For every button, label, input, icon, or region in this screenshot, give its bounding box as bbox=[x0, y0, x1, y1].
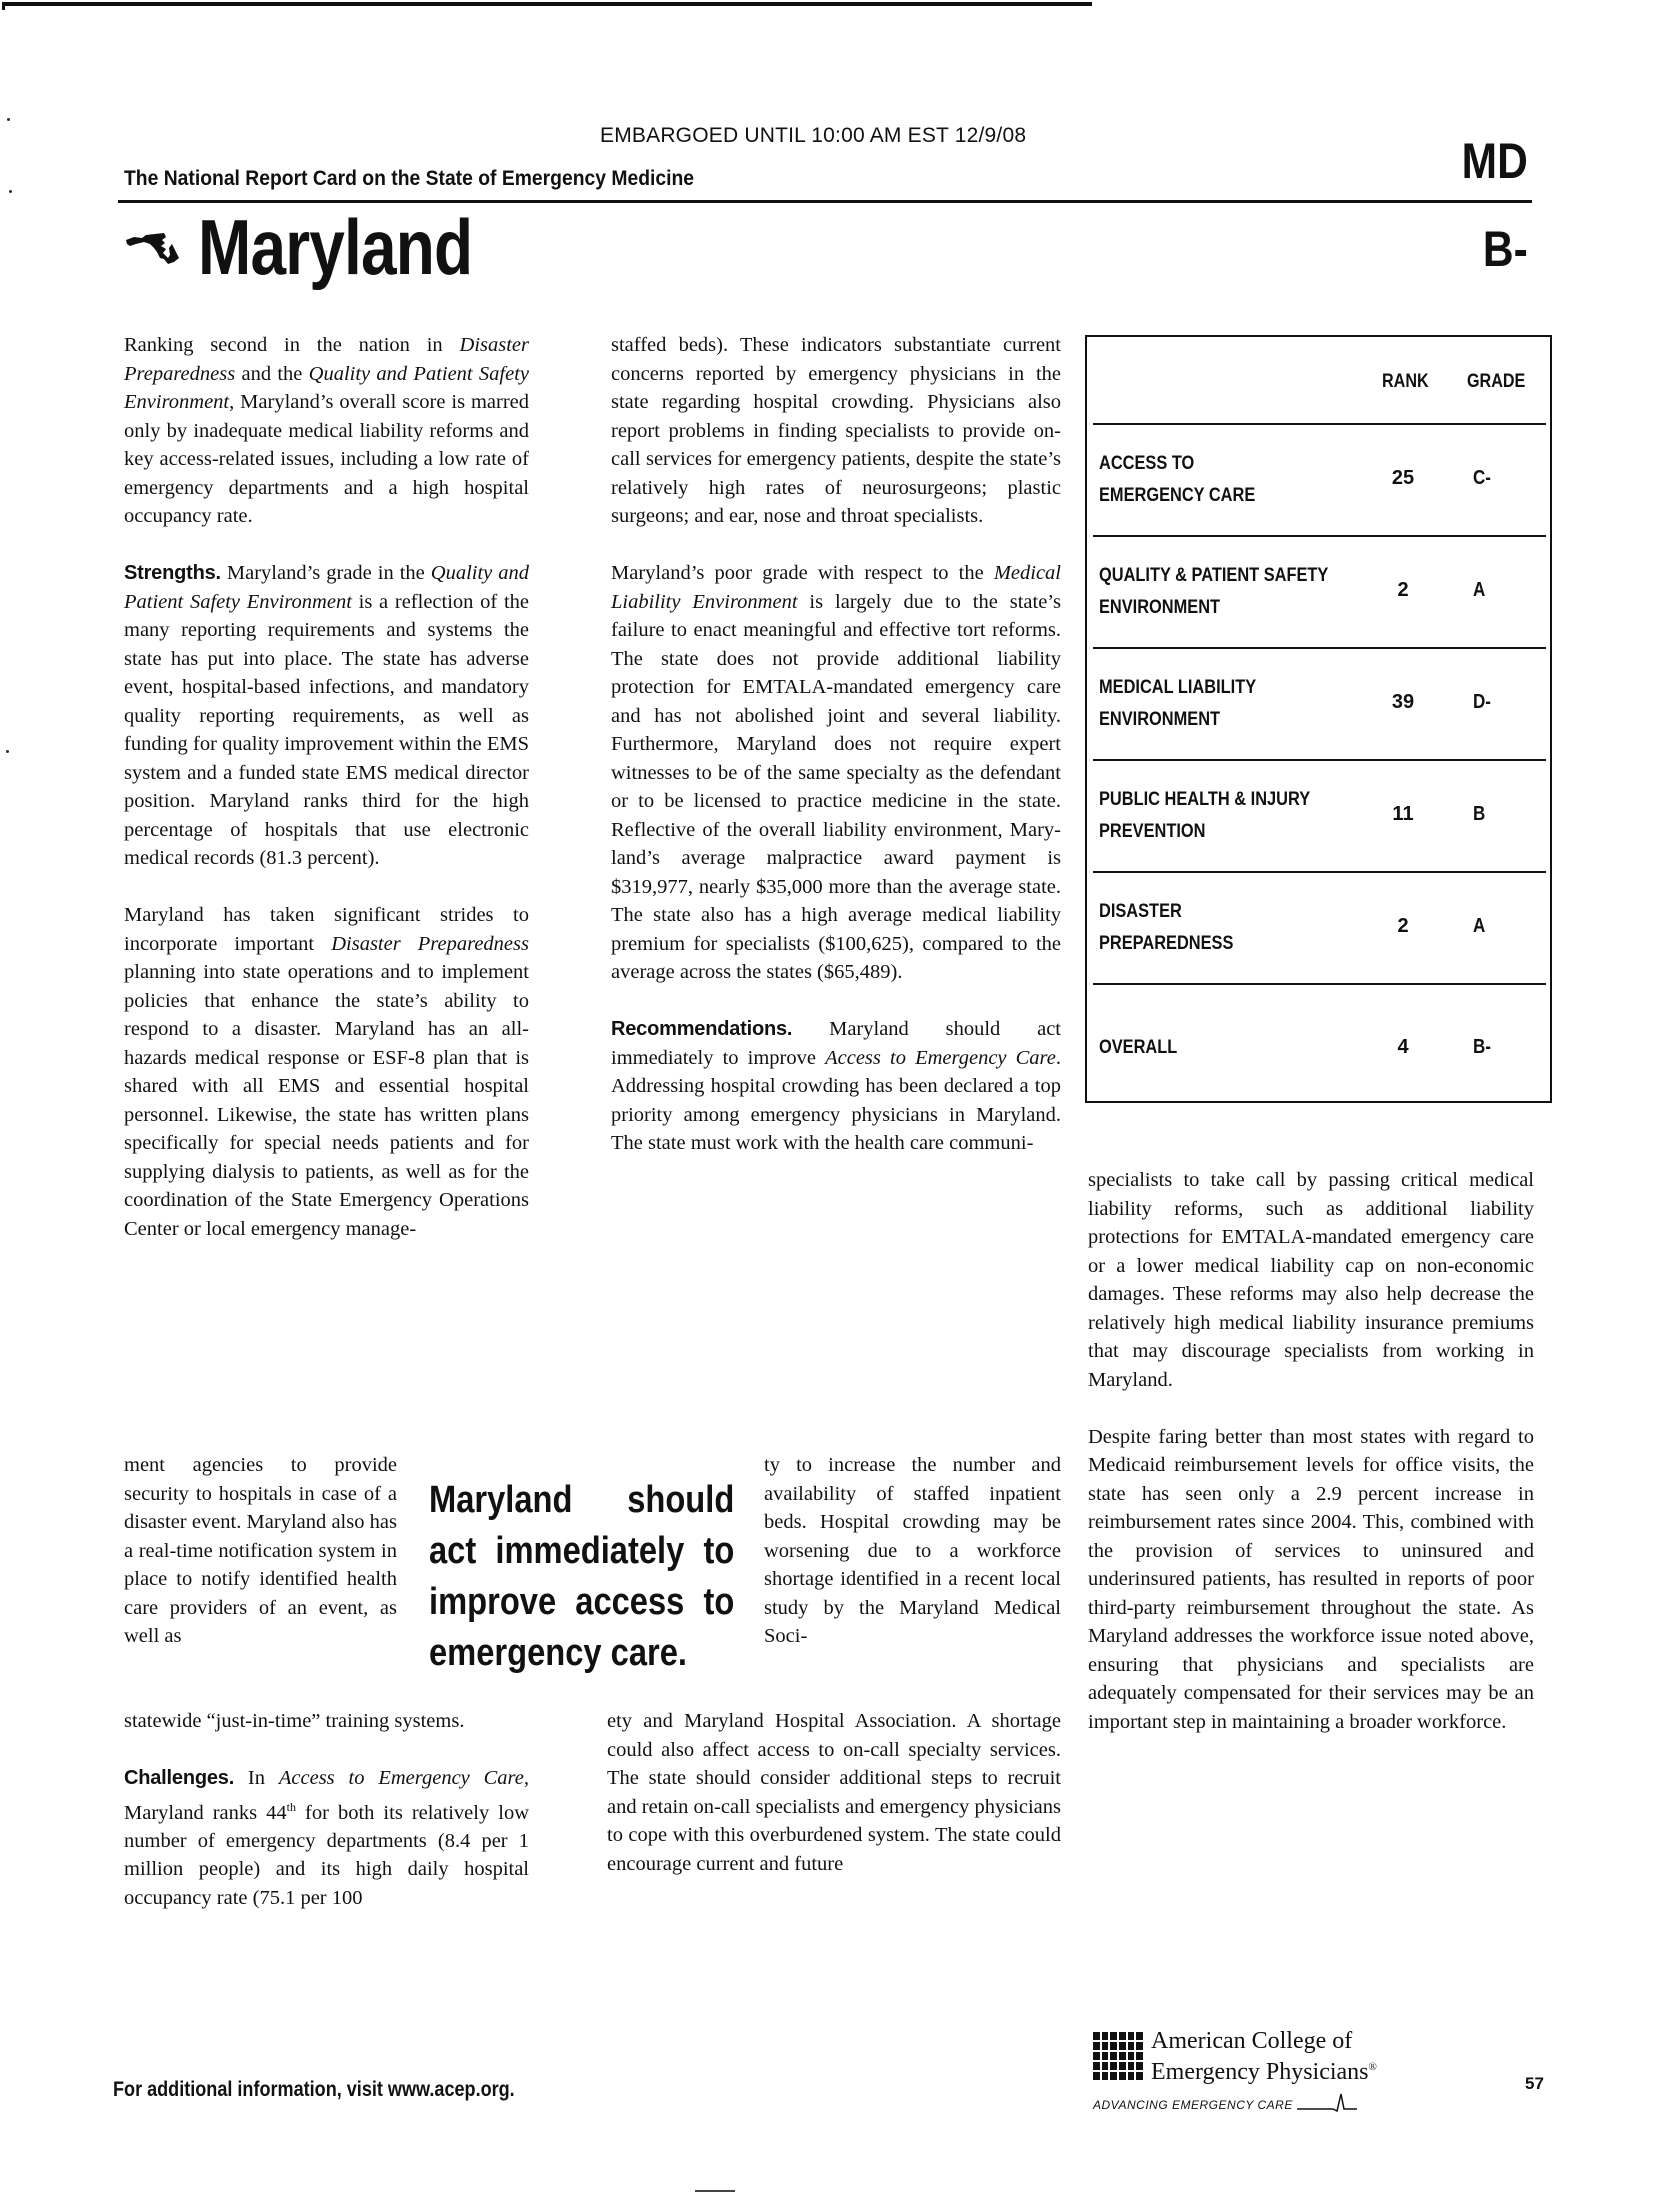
grade-column-header: GRADE bbox=[1467, 371, 1525, 393]
category-label: OVERALL bbox=[1099, 1031, 1351, 1063]
scan-edge-mark bbox=[695, 2190, 735, 2192]
maryland-outline-icon bbox=[124, 228, 188, 266]
recommendations-continued: ty to increase the number and availabili… bbox=[764, 1451, 1061, 1651]
recommendations-heading: Recommendations. bbox=[611, 1018, 792, 1040]
access-paragraph: staffed beds). These indicators substant… bbox=[611, 331, 1061, 531]
overall-grade-badge: B- bbox=[1483, 224, 1528, 274]
column-2-lower: ety and Maryland Hospital Association. A… bbox=[607, 1707, 1061, 1907]
grade-row-public-health: PUBLIC HEALTH & INJURYPREVENTION 11 B bbox=[1093, 759, 1546, 871]
scan-edge-mark bbox=[2, 2, 5, 10]
grade-value: B bbox=[1473, 803, 1507, 826]
challenges-paragraph: Challenges. In Access to Emergency Care,… bbox=[124, 1764, 529, 1912]
column-3: specialists to take call by passing crit… bbox=[1088, 1166, 1534, 1765]
series-title: The National Report Card on the State of… bbox=[124, 167, 694, 191]
column-1: Ranking second in the nation in Disaster… bbox=[124, 331, 529, 1243]
acep-tagline: ADVANCING EMERGENCY CARE bbox=[1093, 2090, 1357, 2112]
grade-table: RANK GRADE ACCESS TOEMERGENCY CARE 25 C-… bbox=[1085, 335, 1552, 1103]
embargo-notice: EMBARGOED UNTIL 10:00 AM EST 12/9/08 bbox=[600, 124, 1026, 148]
state-name: Maryland bbox=[198, 208, 472, 286]
disaster-paragraph: Maryland has taken significant strides t… bbox=[124, 901, 529, 1243]
grade-value: B- bbox=[1473, 1031, 1507, 1063]
rank-value: 11 bbox=[1378, 803, 1428, 826]
recommendations-paragraph: Recommendations. Maryland should act imm… bbox=[611, 1015, 1061, 1158]
grade-value: D- bbox=[1473, 691, 1507, 714]
category-label: DISASTERPREPAREDNESS bbox=[1099, 895, 1351, 959]
rank-value: 39 bbox=[1378, 691, 1428, 714]
category-label: ACCESS TOEMERGENCY CARE bbox=[1099, 447, 1351, 511]
rank-value: 25 bbox=[1378, 467, 1428, 490]
rank-value: 4 bbox=[1378, 1031, 1428, 1063]
scan-speck bbox=[9, 190, 12, 193]
grade-row-quality: QUALITY & PATIENT SAFETYENVIRONMENT 2 A bbox=[1093, 535, 1546, 647]
grade-value: A bbox=[1473, 579, 1507, 602]
rank-column-header: RANK bbox=[1382, 371, 1429, 393]
grade-row-access: ACCESS TOEMERGENCY CARE 25 C- bbox=[1093, 423, 1546, 535]
intro-paragraph: Ranking second in the nation in Disaster… bbox=[124, 331, 529, 531]
category-label: PUBLIC HEALTH & INJURYPREVENTION bbox=[1099, 783, 1351, 847]
grade-row-overall: OVERALL 4 B- bbox=[1093, 983, 1546, 1101]
column-2: staffed beds). These indicators substant… bbox=[611, 331, 1061, 1158]
acep-logo: American College of Emergency Physicians… bbox=[1093, 2032, 1433, 2112]
rank-value: 2 bbox=[1378, 579, 1428, 602]
state-title: Maryland bbox=[124, 208, 532, 286]
state-abbreviation: MD bbox=[1462, 136, 1528, 186]
liability-reform-paragraph: specialists to take call by passing crit… bbox=[1088, 1166, 1534, 1394]
disaster-end: statewide “just-in-time” training system… bbox=[124, 1707, 529, 1736]
pull-quote-band: ment agencies to provide security to hos… bbox=[124, 1451, 1061, 1721]
grade-value: C- bbox=[1473, 467, 1507, 490]
acep-name: American College of Emergency Physicians… bbox=[1151, 2028, 1377, 2085]
medicaid-paragraph: Despite faring better than most states w… bbox=[1088, 1423, 1534, 1737]
column-1-lower: statewide “just-in-time” training system… bbox=[124, 1707, 529, 1941]
additional-info-link[interactable]: For additional information, visit www.ac… bbox=[113, 2078, 515, 2102]
grade-value: A bbox=[1473, 915, 1507, 938]
pull-quote: Maryland should act immediately to impro… bbox=[429, 1475, 734, 1679]
recommendations-end: ety and Maryland Hospital Association. A… bbox=[607, 1707, 1061, 1878]
category-label: MEDICAL LIABILITYENVIRONMENT bbox=[1099, 671, 1351, 735]
challenges-heading: Challenges. bbox=[124, 1767, 234, 1789]
category-label: QUALITY & PATIENT SAFETYENVIRONMENT bbox=[1099, 559, 1351, 623]
page-number: 57 bbox=[1525, 2074, 1544, 2094]
scan-speck bbox=[6, 750, 9, 753]
strengths-heading: Strengths. bbox=[124, 562, 221, 584]
scan-speck bbox=[7, 118, 10, 121]
acep-grid-icon bbox=[1093, 2032, 1143, 2080]
rank-value: 2 bbox=[1378, 915, 1428, 938]
grade-row-liability: MEDICAL LIABILITYENVIRONMENT 39 D- bbox=[1093, 647, 1546, 759]
grade-row-disaster: DISASTERPREPAREDNESS 2 A bbox=[1093, 871, 1546, 983]
heartbeat-line-icon bbox=[1297, 2090, 1357, 2112]
liability-paragraph: Maryland’s poor grade with respect to th… bbox=[611, 559, 1061, 987]
grade-table-header: RANK GRADE bbox=[1087, 371, 1550, 411]
disaster-continued: ment agencies to provide security to hos… bbox=[124, 1451, 397, 1651]
strengths-paragraph: Strengths. Maryland’s grade in the Quali… bbox=[124, 559, 529, 873]
scan-edge-line bbox=[2, 2, 1092, 6]
